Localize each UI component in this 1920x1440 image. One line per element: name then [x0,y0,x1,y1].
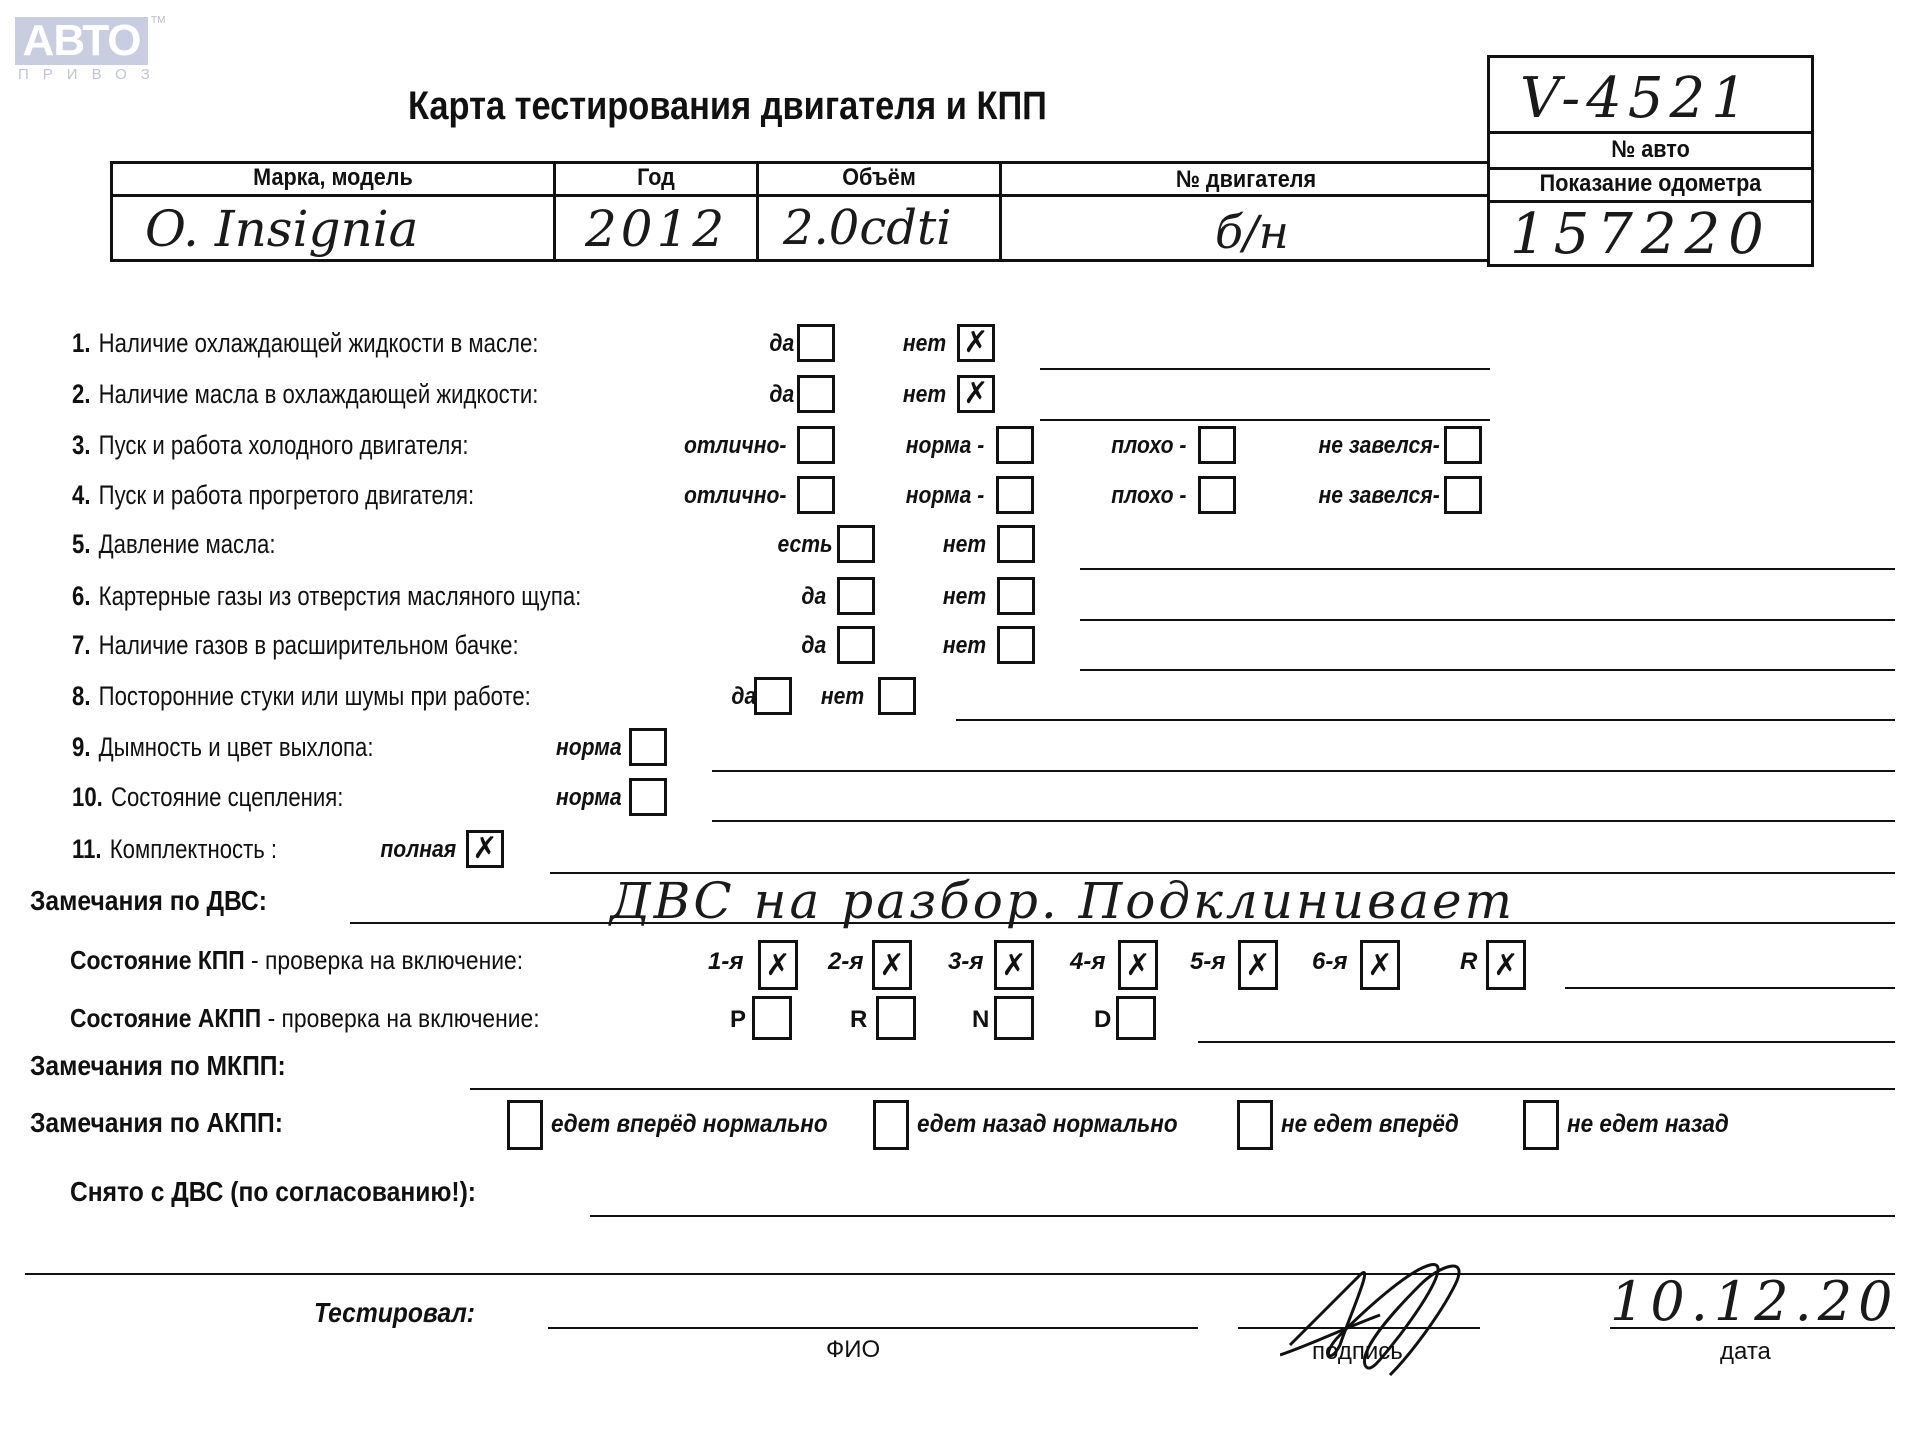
checklist-item-text: Наличие газов в расширительном бачке: [99,630,519,660]
option-label: да [801,583,826,611]
option-checkbox[interactable] [837,577,875,615]
tester-name-field[interactable] [548,1327,1198,1329]
year-value[interactable]: 2012 [585,200,728,258]
option-label: отлично- [684,482,786,510]
option-label: не завелся- [1319,432,1440,460]
checklist-item-text: Состояние сцепления: [111,782,343,812]
option-checkbox[interactable] [1198,476,1236,514]
note-field[interactable] [1080,669,1895,671]
option-checkbox[interactable]: ✗ [466,830,504,868]
option-label: да [801,632,826,660]
engine-remarks-value[interactable]: ДВС на разбор. Подклинивает [610,872,1515,930]
gear-checkbox[interactable]: ✗ [1238,940,1278,990]
option-checkbox[interactable] [797,476,835,514]
auto-remark-checkbox[interactable] [507,1100,543,1150]
checklist-item-label: 9.Дымность и цвет выхлопа: [72,732,374,763]
checklist-item-text: Дымность и цвет выхлопа: [99,732,374,762]
option-checkbox[interactable] [1444,426,1482,464]
header-engine-number: № двигателя [1026,166,1465,194]
header-volume: Объём [771,164,987,192]
gear-checkbox[interactable]: ✗ [758,940,798,990]
option-checkbox[interactable] [878,677,916,715]
option-checkbox[interactable] [797,375,835,413]
option-checkbox[interactable] [997,525,1035,563]
gear-label: 6-я [1312,948,1347,976]
checklist-item-number: 8. [72,681,90,711]
auto-remark-checkbox[interactable] [873,1100,909,1150]
volume-value[interactable]: 2.0cdti [783,200,952,256]
option-label: да [769,330,794,358]
checklist-item-number: 5. [72,529,90,559]
date-caption: дата [1720,1338,1771,1366]
checklist-item-number: 1. [72,328,90,358]
option-label: да [731,683,756,711]
auto-remark-label: едет вперёд нормально [551,1110,828,1139]
checklist-item-label: 11.Комплектность : [72,834,277,865]
car-number-value[interactable]: V-4521 [1520,66,1753,131]
name-caption: ФИО [826,1336,880,1364]
option-checkbox[interactable] [629,728,667,766]
gear-checkbox[interactable]: ✗ [994,940,1034,990]
option-checkbox[interactable] [1444,476,1482,514]
checklist-item-number: 3. [72,430,90,460]
logo-subtitle: ПРИВОЗ [18,66,164,83]
checklist-item-text: Картерные газы из отверстия масляного щу… [99,581,582,611]
car-number-label: № авто [1503,136,1797,164]
checklist-item-label: 3.Пуск и работа холодного двигателя: [72,430,468,461]
checklist-item-label: 2.Наличие масла в охлаждающей жидкости: [72,379,538,410]
gear-label: 5-я [1190,948,1225,976]
checklist-item-label: 5.Давление масла: [72,529,276,560]
auto-remark-checkbox[interactable] [1523,1100,1559,1150]
gear-checkbox[interactable] [752,996,792,1040]
gear-label: D [1094,1006,1111,1034]
manual-gearbox-label: Состояние КПП - проверка на включение: [70,945,523,976]
manual-remarks-field[interactable] [470,1088,1895,1090]
engine-remarks-label: Замечания по ДВС: [30,885,267,917]
option-checkbox[interactable] [797,426,835,464]
option-label: нет [943,531,986,559]
checklist-item-text: Комплектность : [110,834,277,864]
gear-label: N [972,1006,989,1034]
option-checkbox[interactable] [797,324,835,362]
option-checkbox[interactable] [997,626,1035,664]
note-field[interactable] [1040,419,1490,421]
checklist-item-text: Давление масла: [99,529,276,559]
date-value[interactable]: 10.12.20 [1610,1270,1898,1333]
checklist-item-label: 6.Картерные газы из отверстия масляного … [72,581,581,612]
option-label: полная [380,836,456,864]
auto-remarks-label: Замечания по АКПП: [30,1107,283,1139]
removed-from-engine-label: Снято с ДВС (по согласованию!): [70,1176,476,1208]
tested-by-label: Тестировал: [314,1297,475,1329]
odometer-label: Показание одометра [1503,170,1797,198]
logo-tm: TM [151,15,165,26]
checklist-item-number: 11. [72,834,102,864]
manual-remarks-label: Замечания по МКПП: [30,1050,286,1082]
option-label: норма - [905,432,984,460]
gear-checkbox[interactable]: ✗ [1486,940,1526,990]
gear-label: 1-я [708,948,743,976]
option-label: плохо - [1111,432,1186,460]
option-checkbox[interactable]: ✗ [957,375,995,413]
checklist-item-number: 4. [72,480,90,510]
option-checkbox[interactable] [996,426,1034,464]
checklist-item-number: 10. [72,782,103,812]
gear-checkbox[interactable]: ✗ [872,940,912,990]
checklist-item-number: 9. [72,732,90,762]
gear-checkbox[interactable] [994,996,1034,1040]
manual-gearbox-label-rest: - проверка на включение: [245,945,523,975]
gear-label: R [1460,948,1477,976]
gear-checkbox[interactable] [876,996,916,1040]
note-field[interactable] [1080,619,1895,621]
checklist-item-number: 7. [72,630,90,660]
option-label: норма - [905,482,984,510]
checklist-item-text: Пуск и работа холодного двигателя: [99,430,469,460]
note-field[interactable] [712,770,1895,772]
option-label: нет [943,632,986,660]
note-field[interactable] [712,820,1895,822]
note-field[interactable] [1080,568,1895,570]
option-checkbox[interactable] [1198,426,1236,464]
auto-remark-label: не едет вперёд [1281,1110,1459,1139]
option-label: норма [556,734,622,762]
gear-label: P [730,1006,746,1034]
option-checkbox[interactable] [754,677,792,715]
option-checkbox[interactable] [629,778,667,816]
option-label: нет [903,330,946,358]
option-label: не завелся- [1319,482,1440,510]
auto-remark-checkbox[interactable] [1237,1100,1273,1150]
gear-checkbox[interactable]: ✗ [1360,940,1400,990]
option-label: нет [943,583,986,611]
removed-from-engine-field[interactable] [590,1215,1895,1217]
option-label: нет [903,381,946,409]
option-checkbox[interactable] [837,626,875,664]
gear-checkbox[interactable]: ✗ [1118,940,1158,990]
signature-caption: подпись [1312,1338,1403,1366]
auto-remark-label: не едет назад [1567,1110,1729,1139]
option-label: плохо - [1111,482,1186,510]
option-label: да [769,381,794,409]
checklist-item-label: 10.Состояние сцепления: [72,782,343,813]
checklist-item-text: Наличие охлаждающей жидкости в масле: [99,328,539,358]
note-field[interactable] [1040,368,1490,370]
make-model-value[interactable]: O. Insignia [145,200,418,258]
auto-gearbox-label-rest: - проверка на включение: [261,1003,539,1033]
auto-remark-label: едет назад нормально [917,1110,1178,1139]
checklist-item-number: 6. [72,581,90,611]
option-checkbox[interactable] [996,476,1034,514]
page-title: Карта тестирования двигателя и КПП [408,84,1047,129]
odometer-value[interactable]: 157220 [1510,202,1772,267]
auto-gearbox-label-bold: Состояние АКПП [70,1003,261,1033]
gear-label: 3-я [948,948,983,976]
option-label: отлично- [684,432,786,460]
checklist-item-number: 2. [72,379,90,409]
note-field[interactable] [956,719,1895,721]
option-checkbox[interactable] [997,577,1035,615]
checklist-item-text: Посторонние стуки или шумы при работе: [99,681,531,711]
option-checkbox[interactable]: ✗ [957,324,995,362]
gear-label: 4-я [1070,948,1105,976]
checklist-item-label: 8.Посторонние стуки или шумы при работе: [72,681,531,712]
gear-checkbox[interactable] [1116,996,1156,1040]
manual-gearbox-label-bold: Состояние КПП [70,945,245,975]
header-year: Год [566,164,746,192]
checklist-item-label: 7.Наличие газов в расширительном бачке: [72,630,519,661]
option-label: норма [556,784,622,812]
gear-label: 2-я [828,948,863,976]
auto-gearbox-label: Состояние АКПП - проверка на включение: [70,1003,540,1034]
checklist-item-text: Пуск и работа прогретого двигателя: [99,480,474,510]
logo: АВТО [15,17,148,65]
checklist-item-label: 1.Наличие охлаждающей жидкости в масле: [72,328,538,359]
checklist-item-text: Наличие масла в охлаждающей жидкости: [99,379,539,409]
header-make-model: Марка, модель [135,164,531,192]
checklist-item-label: 4.Пуск и работа прогретого двигателя: [72,480,474,511]
gear-label: R [850,1006,867,1034]
option-label: нет [821,683,864,711]
option-checkbox[interactable] [837,525,875,563]
option-label: есть [778,531,833,559]
engine-number-value[interactable]: б/н [1215,205,1289,259]
